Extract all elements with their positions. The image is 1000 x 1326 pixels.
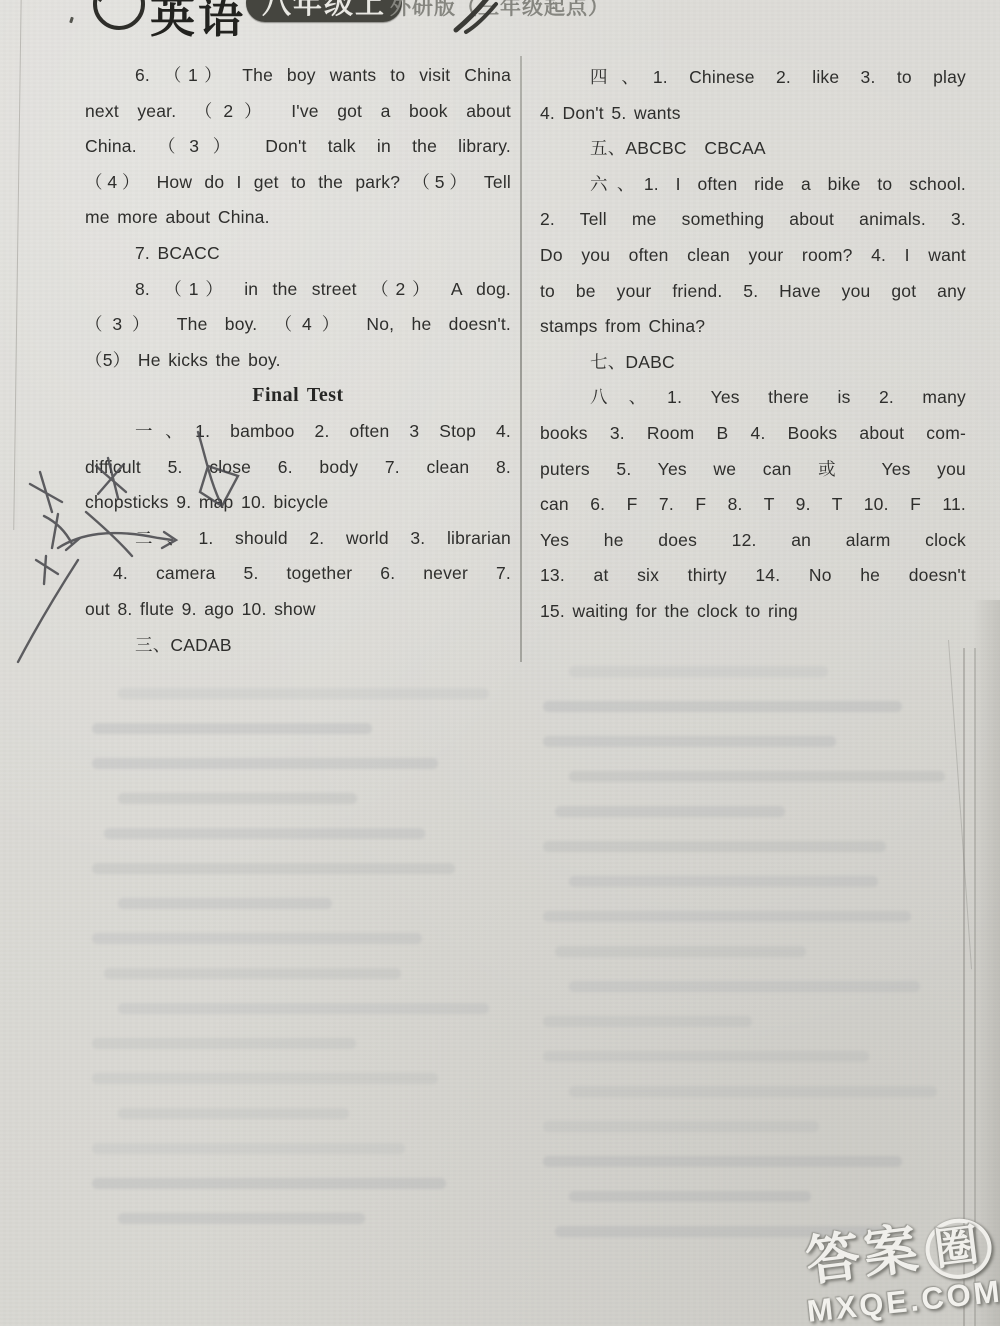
bleed-line [118,1108,349,1119]
text-line: 三、CADAB [85,628,511,664]
text-line: 七、DABC [540,345,966,381]
text-line: 一、1. bamboo 2. often 3 Stop 4. [85,414,511,450]
subject-title: 英语 [150,0,246,42]
bleed-line [92,933,422,944]
bleed-line [104,968,401,979]
text-line: me more about China. [85,200,511,236]
bleed-line [92,1038,356,1049]
bleed-line [92,1143,405,1154]
bleed-line [569,876,878,887]
answers-left-column: 6. （1） The boy wants to visit Chinanext … [85,58,511,663]
text-line: 8. （1） in the street （2） A dog. [85,272,511,308]
text-line: China. （3） Don't talk in the library. [85,129,511,165]
text-line: （5） He kicks the boy. [85,343,511,379]
bleed-line [118,688,489,699]
text-line: chopsticks 9. map 10. bicycle [85,485,511,521]
bleed-line [92,863,455,874]
bleed-line [555,806,785,817]
text-line: 二、1. should 2. world 3. librarian [85,521,511,557]
column-divider [520,56,522,662]
bleed-line [543,1121,819,1132]
edition-label: 外研版（三年级起点） [390,0,610,21]
text-line: （3） The boy. （4） No, he doesn't. [85,307,511,343]
bleed-line [569,981,920,992]
bleed-line [118,898,332,909]
bleed-line [555,946,806,957]
text-line: Final Test [85,378,511,414]
text-line: 八、1. Yes there is 2. many [540,380,966,416]
text-line: （4） How do I get to the park? （5） Tell [85,165,511,201]
text-line: to be your friend. 5. Have you got any [540,274,966,310]
bleed-line [104,828,425,839]
book-header: 英语 八年级上 外研版（三年级起点） [0,0,1000,42]
watermark: 答案圈 MXQE.COM [796,1196,1000,1326]
text-line: 五、ABCBC CBCAA [540,131,966,167]
answers-right-column: 四、1. Chinese 2. like 3. to play4. Don't … [540,60,966,630]
bleed-line [92,1073,438,1084]
text-line: out 8. flute 9. ago 10. show [85,592,511,628]
scanned-answer-page: 英语 八年级上 外研版（三年级起点） 6. （1） The boy wants … [0,0,1000,1326]
bleed-line [543,841,886,852]
text-line: 2. Tell me something about animals. 3. [540,202,966,238]
text-line: 4. camera 5. together 6. never 7. [85,556,511,592]
bleed-line [118,1003,489,1014]
text-line: next year. （2） I've got a book about [85,94,511,130]
bleed-line [569,1191,811,1202]
bleed-line [92,758,438,769]
bleed-line [569,771,945,782]
text-line: Yes he does 12. an alarm clock [540,523,966,559]
grade-badge: 八年级上 [246,0,402,22]
text-line: 7. BCACC [85,236,511,272]
bleed-line [569,666,828,677]
text-line: stamps from China? [540,309,966,345]
bleed-through-text-right [543,666,961,1261]
bleed-through-text-left [92,688,504,1248]
bleed-line [543,736,836,747]
bleed-line [569,1086,937,1097]
brand-logo-icon [93,0,145,30]
text-line: 13. at six thirty 14. No he doesn't [540,558,966,594]
paper-crease-left [13,0,22,530]
paper-crease-diagonal [948,640,972,969]
bleed-line [92,1178,446,1189]
text-line: 四、1. Chinese 2. like 3. to play [540,60,966,96]
text-line: 六、1. I often ride a bike to school. [540,167,966,203]
text-line: Do you often clean your room? 4. I want [540,238,966,274]
text-line: puters 5. Yes we can 或 Yes you [540,452,966,488]
bleed-line [543,1156,902,1167]
bleed-line [543,701,902,712]
text-line: 15. waiting for the clock to ring [540,594,966,630]
text-line: can 6. F 7. F 8. T 9. T 10. F 11. [540,487,966,523]
swoosh-icon [452,0,500,36]
bleed-line [92,723,372,734]
text-line: difficult 5. close 6. body 7. clean 8. [85,450,511,486]
bleed-line [543,1016,752,1027]
text-line: 4. Don't 5. wants [540,96,966,132]
bleed-line [543,911,911,922]
bleed-line [543,1051,869,1062]
bleed-line [118,793,357,804]
text-line: 6. （1） The boy wants to visit China [85,58,511,94]
watermark-circle-char: 圈 [922,1215,995,1283]
bleed-line [118,1213,365,1224]
text-line: books 3. Room B 4. Books about com- [540,416,966,452]
